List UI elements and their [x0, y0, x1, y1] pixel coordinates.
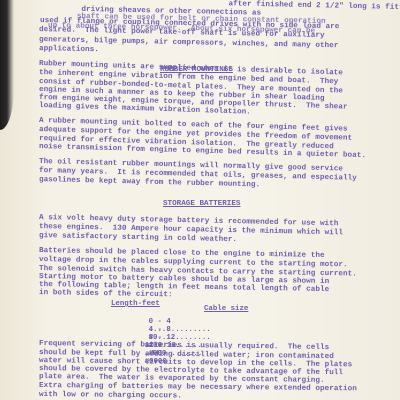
document-page: after finished end 2 1/2" long is fitted… [0, 0, 400, 400]
paragraph-line: with low or no charging occurs. [39, 391, 182, 400]
table-header-length: Length-feet [111, 300, 160, 308]
intro-line: applications. [39, 45, 99, 54]
page-edge-shadow [0, 0, 14, 130]
section-heading-storage-batteries: STORAGE BATTERIES [163, 200, 240, 208]
paragraph-line: in both sides of the circuit: [39, 289, 173, 299]
